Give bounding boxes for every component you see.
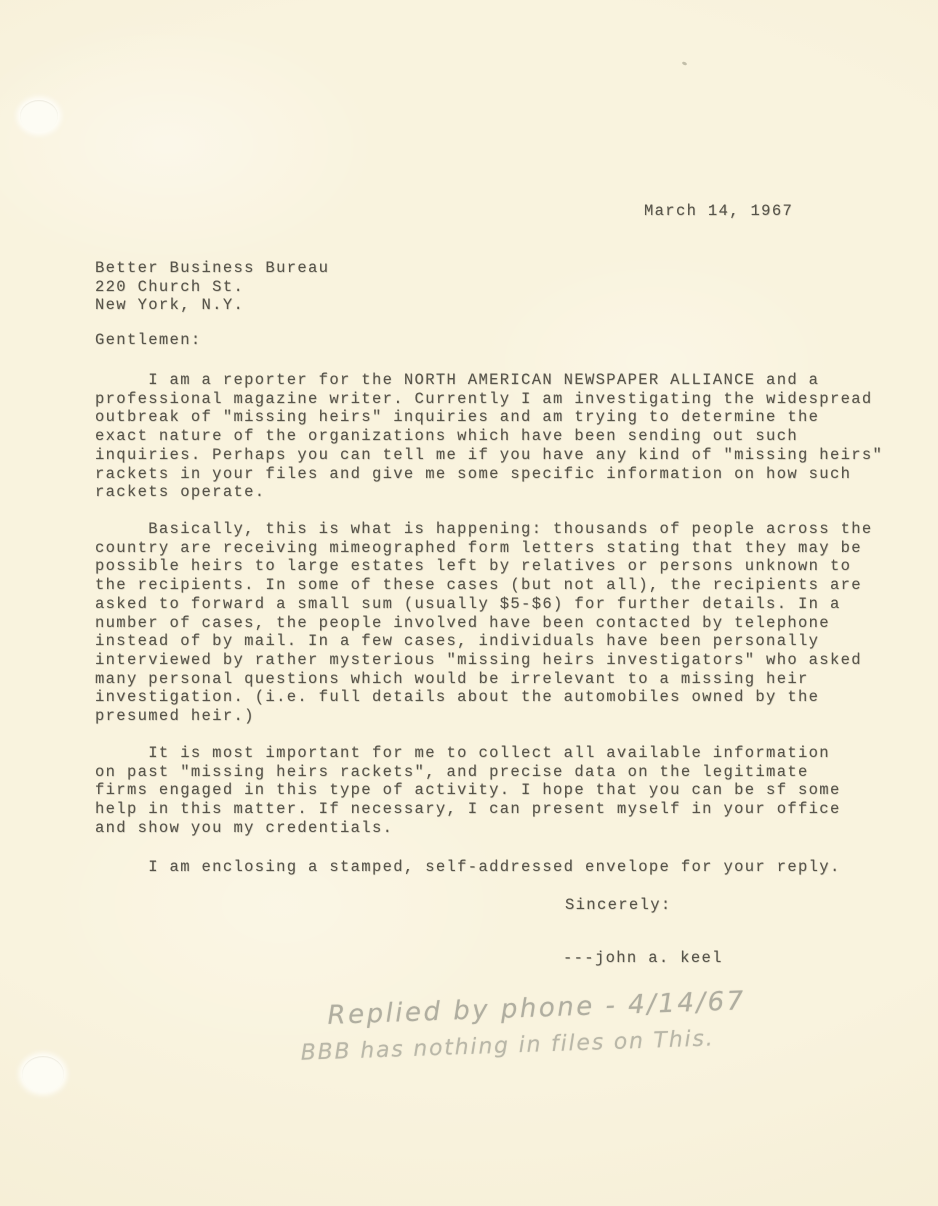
salutation: Gentlemen: [95, 331, 202, 350]
body-paragraph-4: I am enclosing a stamped, self-addressed… [95, 858, 841, 877]
punch-hole-bottom [22, 1056, 64, 1092]
body-paragraph-3: It is most important for me to collect a… [95, 744, 841, 838]
annotation-line-2: BBB has nothing in files on This. [300, 1025, 747, 1066]
body-paragraph-1: I am a reporter for the NORTH AMERICAN N… [95, 371, 883, 502]
punch-hole-top [20, 100, 58, 132]
recipient-address: Better Business Bureau220 Church St.New … [95, 259, 329, 315]
annotation-line-1: Replied by phone - 4/14/67 [327, 986, 746, 1031]
paper-speck [682, 61, 688, 66]
body-paragraph-2: Basically, this is what is happening: th… [95, 520, 873, 726]
handwritten-annotation: Replied by phone - 4/14/67 BBB has nothi… [299, 986, 747, 1066]
letter-date: March 14, 1967 [644, 202, 793, 221]
closing: Sincerely: [565, 896, 672, 915]
signature: ---john a. keel [563, 949, 723, 968]
letter-page: March 14, 1967 Better Business Bureau220… [0, 0, 938, 1206]
